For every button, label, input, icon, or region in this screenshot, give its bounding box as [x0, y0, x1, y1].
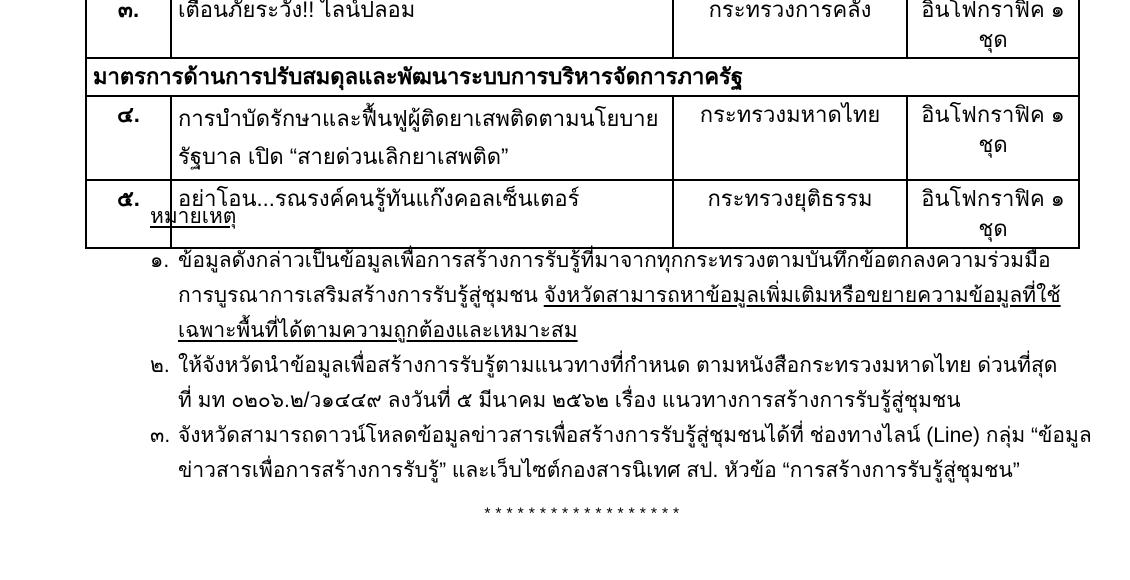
note-underlined-segment: จังหวัดสามารถหาข้อมูลเพิ่มเติมหรือขยายคว…	[544, 284, 1061, 307]
note-text: จังหวัดสามารถดาวน์โหลดข้อมูลข่าวสารเพื่อ…	[178, 418, 1092, 488]
note-number: ๓.	[150, 418, 178, 453]
item-number: ๔.	[86, 96, 171, 180]
note-line: การบูรณาการเสริมสร้างการรับรู้สู่ชุมชน จ…	[178, 278, 1070, 313]
note-line: ข้อมูลดังกล่าวเป็นข้อมูลเพื่อการสร้างการ…	[178, 243, 1070, 278]
item-title: เตือนภัยระวัง!! ไลน์ปลอม	[171, 0, 673, 58]
note-line: จังหวัดสามารถดาวน์โหลดข้อมูลข่าวสารเพื่อ…	[178, 418, 1092, 453]
item-title-line: การบำบัดรักษาและฟื้นฟูผู้ติดยาเสพติดตามน…	[178, 100, 666, 138]
note-segment: การบูรณาการเสริมสร้างการรับรู้สู่ชุมชน	[178, 284, 544, 307]
notes-list: ๑.ข้อมูลดังกล่าวเป็นข้อมูลเพื่อการสร้างก…	[150, 243, 1070, 488]
item-media: อินโฟกราฟิค ๑ ชุด	[907, 96, 1079, 180]
item-title-line: เตือนภัยระวัง!! ไลน์ปลอม	[178, 0, 666, 25]
item-ministry: กระทรวงการคลัง	[673, 0, 907, 58]
note-line: ที่ มท ๐๒๐๖.๒/ว๑๔๔๙ ลงวันที่ ๕ มีนาคม ๒๕…	[178, 383, 1070, 418]
note-line: ให้จังหวัดนำข้อมูลเพื่อสร้างการรับรู้ตาม…	[178, 348, 1070, 383]
footer-separator: ******************	[85, 506, 1080, 524]
item-ministry: กระทรวงมหาดไทย	[673, 96, 907, 180]
section-header-row: มาตรการด้านการปรับสมดุลและพัฒนาระบบการบร…	[86, 58, 1079, 96]
notes-section: หมายเหตุ ๑.ข้อมูลดังกล่าวเป็นข้อมูลเพื่อ…	[150, 200, 1070, 488]
note-segment: ที่ มท ๐๒๐๖.๒/ว๑๔๔๙ ลงวันที่ ๕ มีนาคม ๒๕…	[178, 389, 961, 412]
item-media: อินโฟกราฟิค ๑ ชุด	[907, 0, 1079, 58]
item-title: การบำบัดรักษาและฟื้นฟูผู้ติดยาเสพติดตามน…	[171, 96, 673, 180]
note-line: เฉพาะพื้นที่ได้ตามความถูกต้องและเหมาะสม	[178, 313, 1070, 348]
note-segment: ข่าวสารเพื่อการสร้างการรับรู้” และเว็บไซ…	[178, 459, 1020, 482]
note-number: ๒.	[150, 348, 178, 383]
note-segment: ข้อมูลดังกล่าวเป็นข้อมูลเพื่อการสร้างการ…	[178, 249, 1051, 272]
table-row: ๔.การบำบัดรักษาและฟื้นฟูผู้ติดยาเสพติดตา…	[86, 96, 1079, 180]
note-item: ๓.จังหวัดสามารถดาวน์โหลดข้อมูลข่าวสารเพื…	[150, 418, 1070, 488]
section-header-label: มาตรการด้านการปรับสมดุลและพัฒนาระบบการบร…	[86, 58, 1079, 96]
notes-heading: หมายเหตุ	[150, 200, 1070, 233]
item-title-line: รัฐบาล เปิด “สายด่วนเลิกยาเสพติด”	[178, 138, 666, 176]
document-page: ๓.เตือนภัยระวัง!! ไลน์ปลอมกระทรวงการคลัง…	[0, 0, 1130, 580]
table-row: ๓.เตือนภัยระวัง!! ไลน์ปลอมกระทรวงการคลัง…	[86, 0, 1079, 58]
note-underlined-segment: เฉพาะพื้นที่ได้ตามความถูกต้องและเหมาะสม	[178, 319, 578, 342]
note-text: ให้จังหวัดนำข้อมูลเพื่อสร้างการรับรู้ตาม…	[178, 348, 1070, 418]
item-number: ๓.	[86, 0, 171, 58]
note-item: ๑.ข้อมูลดังกล่าวเป็นข้อมูลเพื่อการสร้างก…	[150, 243, 1070, 348]
note-segment: ให้จังหวัดนำข้อมูลเพื่อสร้างการรับรู้ตาม…	[178, 354, 1057, 377]
note-line: ข่าวสารเพื่อการสร้างการรับรู้” และเว็บไซ…	[178, 453, 1092, 488]
note-number: ๑.	[150, 243, 178, 278]
note-item: ๒.ให้จังหวัดนำข้อมูลเพื่อสร้างการรับรู้ต…	[150, 348, 1070, 418]
note-segment: จังหวัดสามารถดาวน์โหลดข้อมูลข่าวสารเพื่อ…	[178, 424, 1092, 447]
note-text: ข้อมูลดังกล่าวเป็นข้อมูลเพื่อการสร้างการ…	[178, 243, 1070, 348]
